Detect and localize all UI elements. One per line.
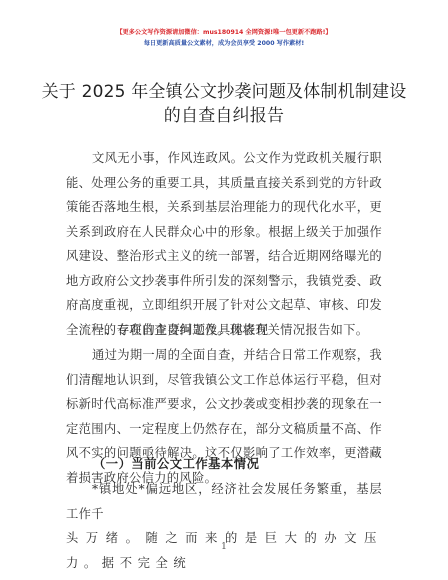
document-title: 关于 2025 年全镇公文抄袭问题及体制机制建设 的自查自纠报告	[40, 80, 408, 128]
document-title-line1: 关于 2025 年全镇公文抄袭问题及体制机制建设	[40, 80, 408, 104]
document-title-line2: 的自查自纠报告	[40, 104, 408, 128]
subsection1-paragraph: *镇地处*偏远地区，经济社会发展任务繁重，基层工作千 头万绪。随之而来的是巨大的…	[66, 477, 382, 575]
subsection-heading-1: （一）当前公文工作基本情况	[93, 453, 259, 475]
subsection1-line1: *镇地处*偏远地区，经济社会发展任务繁重，基层工作千	[66, 477, 382, 526]
promo-banner-line2: 每日更新高质量公文素材，成为会员享受 2000 写作素材!	[0, 39, 448, 49]
document-page: 【更多公文写作资源请加微信：mus180914 全网资源!唯一包更新不跑路!】 …	[0, 0, 448, 580]
intro-paragraph: 文风无小事，作风连政风。公文作为党政机关履行职能、处理公务的重要工具，其质量直接…	[66, 146, 382, 342]
promo-banner-line1: 【更多公文写作资源请加微信：mus180914 全网资源!唯一包更新不跑路!】	[0, 28, 448, 38]
section-heading-1: 一、存在的主要问题及具体表现	[66, 318, 382, 343]
page-number: 1	[0, 542, 448, 552]
